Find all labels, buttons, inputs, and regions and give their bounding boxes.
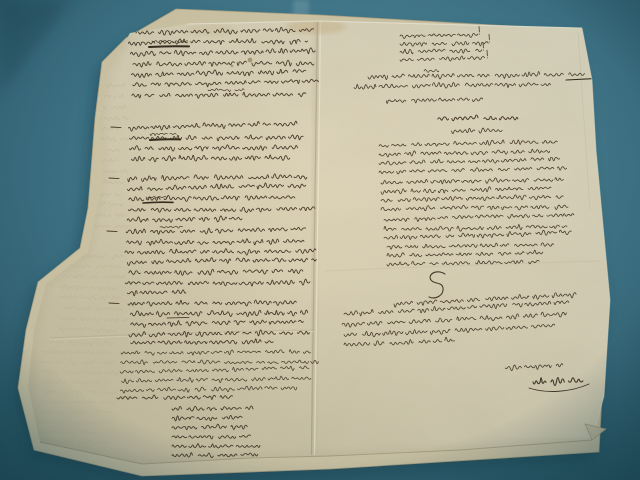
photo-of-manuscript [0,0,640,480]
manuscript-photo [0,0,640,480]
photo-vignette [0,0,640,480]
